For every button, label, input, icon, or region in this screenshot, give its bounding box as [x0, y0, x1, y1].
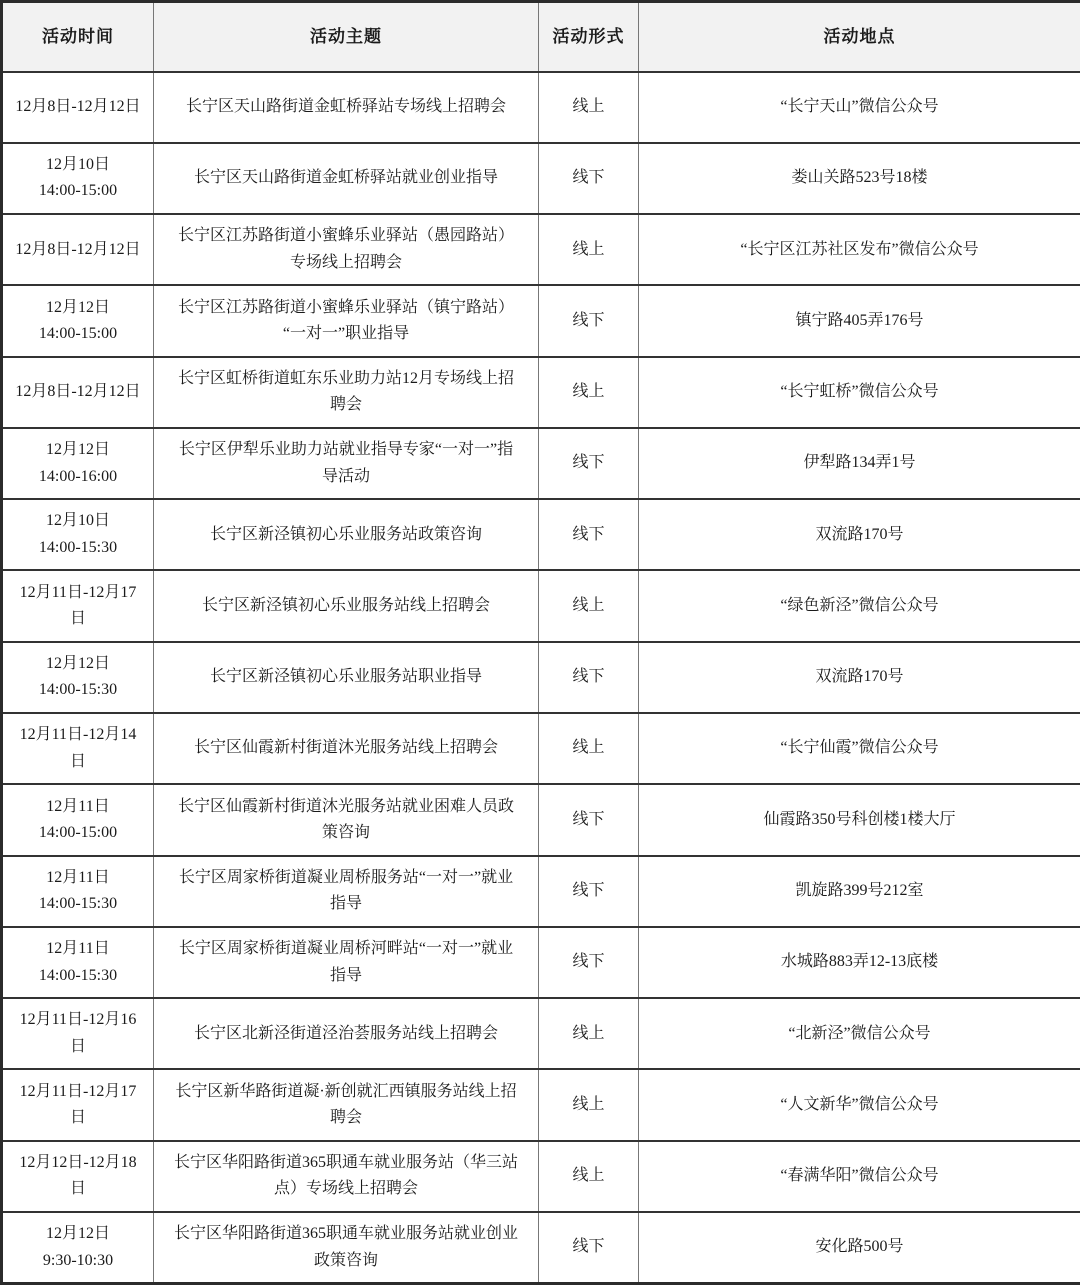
- cell-activity-location: “春满华阳”微信公众号: [639, 1141, 1080, 1212]
- cell-activity-time: 12月8日-12月12日: [2, 72, 154, 143]
- cell-activity-theme: 长宁区新泾镇初心乐业服务站职业指导: [154, 642, 539, 713]
- table-row: 12月12日 9:30-10:30 长宁区华阳路街道365职通车就业服务站就业创…: [2, 1212, 1080, 1284]
- cell-activity-format: 线上: [539, 1141, 639, 1212]
- cell-activity-time: 12月11日 14:00-15:30: [2, 927, 154, 998]
- cell-activity-time: 12月11日-12月17日: [2, 570, 154, 641]
- activity-schedule: 活动时间 活动主题 活动形式 活动地点 12月8日-12月12日 长宁区天山路街…: [0, 0, 1080, 1285]
- cell-activity-time: 12月12日 14:00-15:00: [2, 285, 154, 356]
- table-row: 12月8日-12月12日 长宁区天山路街道金虹桥驿站专场线上招聘会 线上 “长宁…: [2, 72, 1080, 143]
- table-row: 12月8日-12月12日 长宁区江苏路街道小蜜蜂乐业驿站（愚园路站）专场线上招聘…: [2, 214, 1080, 285]
- cell-activity-theme: 长宁区江苏路街道小蜜蜂乐业驿站（愚园路站）专场线上招聘会: [154, 214, 539, 285]
- cell-activity-time: 12月12日 9:30-10:30: [2, 1212, 154, 1284]
- cell-activity-theme: 长宁区周家桥街道凝业周桥服务站“一对一”就业指导: [154, 856, 539, 927]
- cell-activity-theme: 长宁区新华路街道凝·新创就汇西镇服务站线上招聘会: [154, 1069, 539, 1140]
- cell-activity-time: 12月11日-12月16日: [2, 998, 154, 1069]
- cell-activity-location: 仙霞路350号科创楼1楼大厅: [639, 784, 1080, 855]
- cell-activity-theme: 长宁区仙霞新村街道沐光服务站线上招聘会: [154, 713, 539, 784]
- cell-activity-time: 12月10日 14:00-15:00: [2, 143, 154, 214]
- cell-activity-format: 线下: [539, 927, 639, 998]
- cell-activity-location: 娄山关路523号18楼: [639, 143, 1080, 214]
- cell-activity-location: “绿色新泾”微信公众号: [639, 570, 1080, 641]
- table-row: 12月11日 14:00-15:00 长宁区仙霞新村街道沐光服务站就业困难人员政…: [2, 784, 1080, 855]
- cell-activity-format: 线下: [539, 784, 639, 855]
- cell-activity-location: “人文新华”微信公众号: [639, 1069, 1080, 1140]
- cell-activity-format: 线下: [539, 856, 639, 927]
- cell-activity-theme: 长宁区虹桥街道虹东乐业助力站12月专场线上招聘会: [154, 357, 539, 428]
- cell-activity-theme: 长宁区新泾镇初心乐业服务站政策咨询: [154, 499, 539, 570]
- cell-activity-location: “长宁区江苏社区发布”微信公众号: [639, 214, 1080, 285]
- table-row: 12月11日-12月14日 长宁区仙霞新村街道沐光服务站线上招聘会 线上 “长宁…: [2, 713, 1080, 784]
- table-row: 12月12日 14:00-16:00 长宁区伊犁乐业助力站就业指导专家“一对一”…: [2, 428, 1080, 499]
- cell-activity-theme: 长宁区仙霞新村街道沐光服务站就业困难人员政策咨询: [154, 784, 539, 855]
- cell-activity-format: 线下: [539, 1212, 639, 1284]
- cell-activity-time: 12月11日 14:00-15:00: [2, 784, 154, 855]
- cell-activity-format: 线下: [539, 143, 639, 214]
- cell-activity-format: 线上: [539, 357, 639, 428]
- cell-activity-time: 12月12日 14:00-16:00: [2, 428, 154, 499]
- cell-activity-time: 12月11日 14:00-15:30: [2, 856, 154, 927]
- cell-activity-format: 线下: [539, 499, 639, 570]
- cell-activity-format: 线上: [539, 72, 639, 143]
- cell-activity-location: “长宁虹桥”微信公众号: [639, 357, 1080, 428]
- table-row: 12月10日 14:00-15:30 长宁区新泾镇初心乐业服务站政策咨询 线下 …: [2, 499, 1080, 570]
- cell-activity-theme: 长宁区周家桥街道凝业周桥河畔站“一对一”就业指导: [154, 927, 539, 998]
- cell-activity-location: 双流路170号: [639, 642, 1080, 713]
- cell-activity-theme: 长宁区北新泾街道泾治荟服务站线上招聘会: [154, 998, 539, 1069]
- cell-activity-theme: 长宁区伊犁乐业助力站就业指导专家“一对一”指导活动: [154, 428, 539, 499]
- cell-activity-theme: 长宁区天山路街道金虹桥驿站就业创业指导: [154, 143, 539, 214]
- cell-activity-location: 安化路500号: [639, 1212, 1080, 1284]
- column-header-theme: 活动主题: [154, 2, 539, 72]
- table-row: 12月10日 14:00-15:00 长宁区天山路街道金虹桥驿站就业创业指导 线…: [2, 143, 1080, 214]
- table-row: 12月11日-12月17日 长宁区新泾镇初心乐业服务站线上招聘会 线上 “绿色新…: [2, 570, 1080, 641]
- cell-activity-location: 双流路170号: [639, 499, 1080, 570]
- cell-activity-location: “长宁天山”微信公众号: [639, 72, 1080, 143]
- cell-activity-theme: 长宁区江苏路街道小蜜蜂乐业驿站（镇宁路站）“一对一”职业指导: [154, 285, 539, 356]
- cell-activity-format: 线上: [539, 214, 639, 285]
- cell-activity-format: 线下: [539, 642, 639, 713]
- cell-activity-format: 线上: [539, 1069, 639, 1140]
- cell-activity-location: “北新泾”微信公众号: [639, 998, 1080, 1069]
- cell-activity-time: 12月10日 14:00-15:30: [2, 499, 154, 570]
- cell-activity-format: 线上: [539, 998, 639, 1069]
- cell-activity-location: 伊犁路134弄1号: [639, 428, 1080, 499]
- cell-activity-time: 12月12日-12月18日: [2, 1141, 154, 1212]
- cell-activity-time: 12月12日 14:00-15:30: [2, 642, 154, 713]
- cell-activity-theme: 长宁区华阳路街道365职通车就业服务站就业创业政策咨询: [154, 1212, 539, 1284]
- cell-activity-time: 12月8日-12月12日: [2, 214, 154, 285]
- cell-activity-theme: 长宁区新泾镇初心乐业服务站线上招聘会: [154, 570, 539, 641]
- cell-activity-theme: 长宁区华阳路街道365职通车就业服务站（华三站点）专场线上招聘会: [154, 1141, 539, 1212]
- cell-activity-location: 凯旋路399号212室: [639, 856, 1080, 927]
- table-row: 12月11日 14:00-15:30 长宁区周家桥街道凝业周桥服务站“一对一”就…: [2, 856, 1080, 927]
- table-body: 12月8日-12月12日 长宁区天山路街道金虹桥驿站专场线上招聘会 线上 “长宁…: [2, 72, 1080, 1284]
- table-row: 12月11日-12月17日 长宁区新华路街道凝·新创就汇西镇服务站线上招聘会 线…: [2, 1069, 1080, 1140]
- cell-activity-location: “长宁仙霞”微信公众号: [639, 713, 1080, 784]
- cell-activity-format: 线下: [539, 285, 639, 356]
- cell-activity-format: 线下: [539, 428, 639, 499]
- table-row: 12月12日 14:00-15:30 长宁区新泾镇初心乐业服务站职业指导 线下 …: [2, 642, 1080, 713]
- header-row: 活动时间 活动主题 活动形式 活动地点: [2, 2, 1080, 72]
- cell-activity-time: 12月11日-12月17日: [2, 1069, 154, 1140]
- cell-activity-time: 12月11日-12月14日: [2, 713, 154, 784]
- cell-activity-location: 水城路883弄12-13底楼: [639, 927, 1080, 998]
- cell-activity-theme: 长宁区天山路街道金虹桥驿站专场线上招聘会: [154, 72, 539, 143]
- activity-table: 活动时间 活动主题 活动形式 活动地点 12月8日-12月12日 长宁区天山路街…: [0, 0, 1080, 1285]
- cell-activity-location: 镇宁路405弄176号: [639, 285, 1080, 356]
- table-row: 12月11日-12月16日 长宁区北新泾街道泾治荟服务站线上招聘会 线上 “北新…: [2, 998, 1080, 1069]
- cell-activity-format: 线上: [539, 570, 639, 641]
- table-row: 12月12日 14:00-15:00 长宁区江苏路街道小蜜蜂乐业驿站（镇宁路站）…: [2, 285, 1080, 356]
- column-header-time: 活动时间: [2, 2, 154, 72]
- table-row: 12月8日-12月12日 长宁区虹桥街道虹东乐业助力站12月专场线上招聘会 线上…: [2, 357, 1080, 428]
- table-row: 12月12日-12月18日 长宁区华阳路街道365职通车就业服务站（华三站点）专…: [2, 1141, 1080, 1212]
- cell-activity-time: 12月8日-12月12日: [2, 357, 154, 428]
- column-header-location: 活动地点: [639, 2, 1080, 72]
- column-header-format: 活动形式: [539, 2, 639, 72]
- table-row: 12月11日 14:00-15:30 长宁区周家桥街道凝业周桥河畔站“一对一”就…: [2, 927, 1080, 998]
- cell-activity-format: 线上: [539, 713, 639, 784]
